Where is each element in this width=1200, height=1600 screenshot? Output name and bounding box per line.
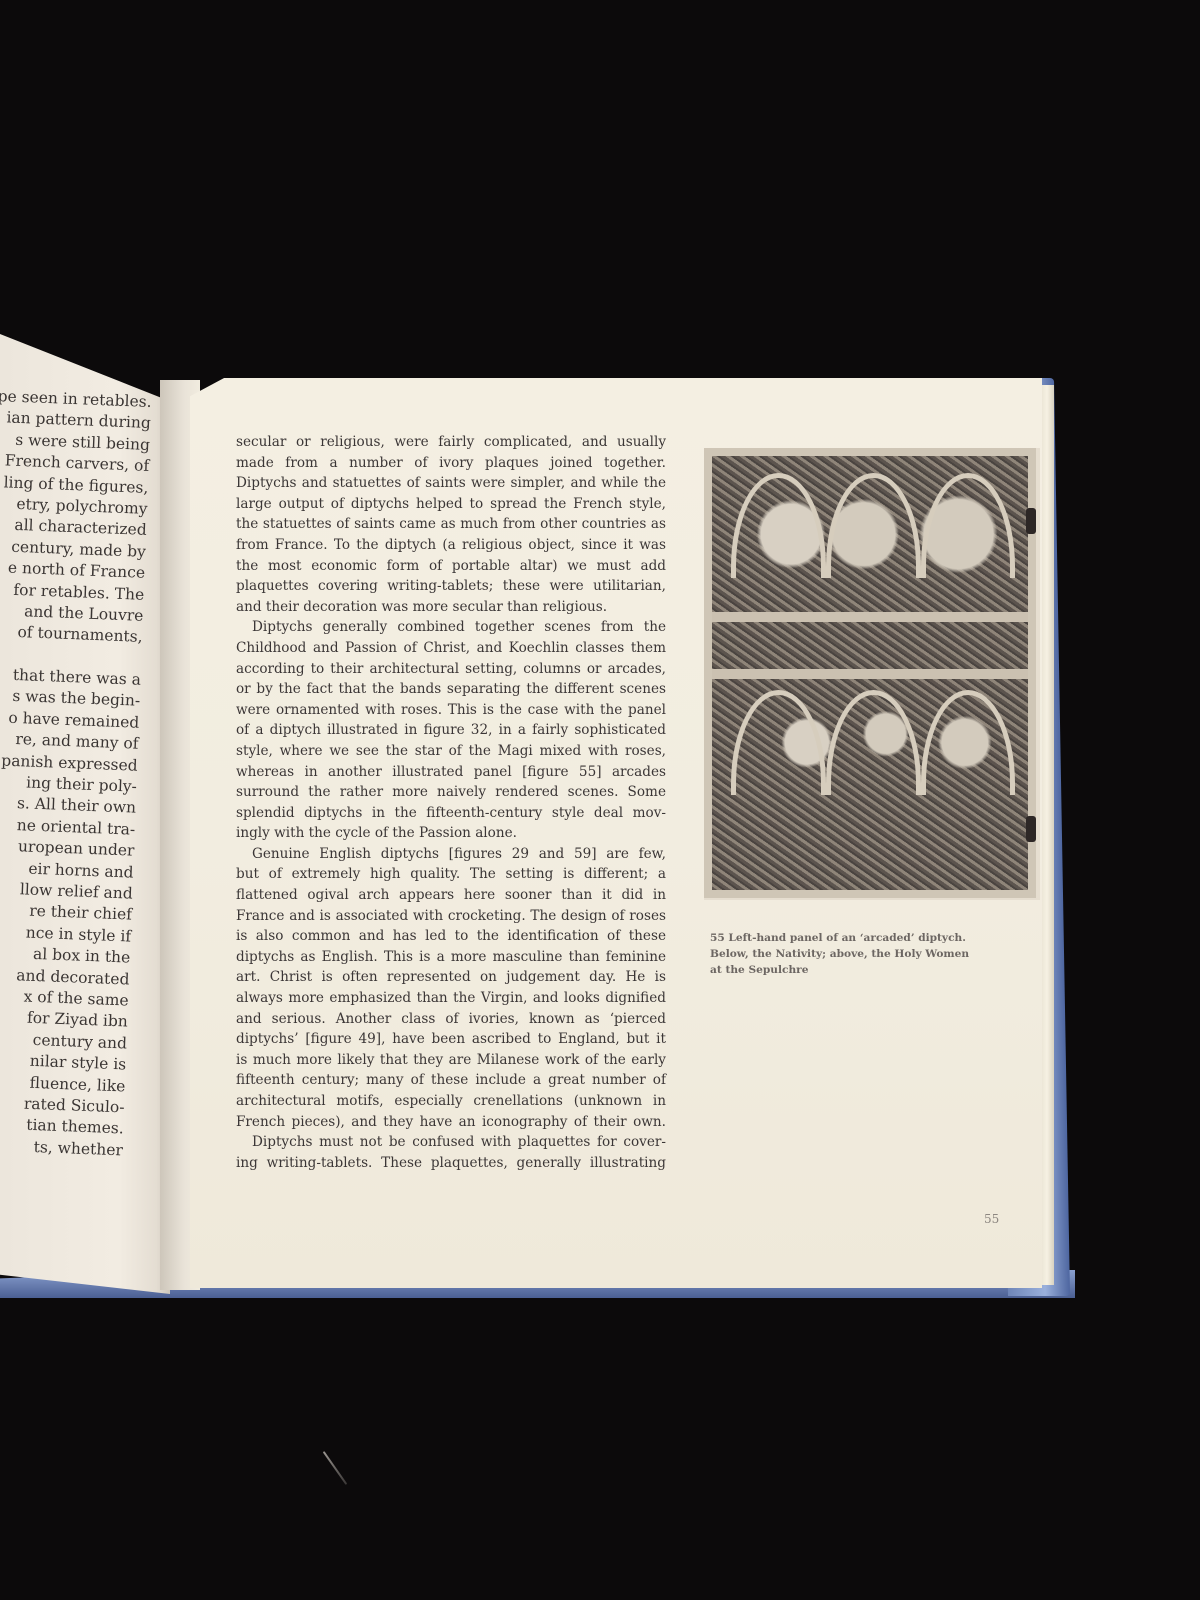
body-text-line: French pieces), and they have an iconogr… [236,1112,666,1133]
body-text-line: Diptychs and statuettes of saints were s… [236,473,666,494]
scene-divider-band [712,612,1028,622]
body-text-line: and their decoration was more secular th… [236,597,666,618]
page-number: 55 [984,1212,999,1226]
arch-ornament [921,473,1016,577]
body-text-line: fifteenth century; many of these include… [236,1070,666,1091]
arch-ornament [826,690,921,794]
ivory-diptych-image [704,448,1036,898]
body-text-line: ing writing-tablets. These plaquettes, g… [236,1153,666,1174]
body-text-line: is also common and has led to the identi… [236,926,666,947]
body-text-column: secular or religious, were fairly compli… [236,432,666,1173]
arch-ornament [731,473,826,577]
body-text-line: surround the rather more naively rendere… [236,782,666,803]
body-text-line: diptychs’ [figure 49], have been ascribe… [236,1029,666,1050]
figure-55 [704,448,1040,900]
thread-mark [323,1451,348,1485]
body-text-line: the most economic form of portable altar… [236,556,666,577]
body-text-line: France and is associated with crocketing… [236,906,666,927]
body-text-line: whereas in another illustrated panel [fi… [236,762,666,783]
body-text-line: were ornamented with roses. This is the … [236,700,666,721]
hinge-icon [1026,816,1036,842]
hinge-icon [1026,508,1036,534]
body-text-line: or by the fact that the bands separating… [236,679,666,700]
page-stack-edge [1040,385,1054,1285]
figure-caption: 55 Left-hand panel of an ‘arcaded’ dipty… [710,930,1010,978]
body-text-line: flattened ogival arch appears here soone… [236,885,666,906]
caption-line: Below, the Nativity; above, the Holy Wom… [710,946,1010,962]
body-text-line: ingly with the cycle of the Passion alon… [236,823,666,844]
body-text-line: art. Christ is often represented on judg… [236,967,666,988]
body-text-line: according to their architectural setting… [236,659,666,680]
body-text-line: made from a number of ivory plaques join… [236,453,666,474]
arch-ornament [826,473,921,577]
body-text-line: is much more likely that they are Milane… [236,1050,666,1071]
body-text-line: plaquettes covering writing-tablets; the… [236,576,666,597]
body-text-line: secular or religious, were fairly compli… [236,432,666,453]
caption-line: at the Sepulchre [710,962,1010,978]
body-text-line: but of extremely high quality. The setti… [236,864,666,885]
scene-divider-band [712,669,1028,679]
body-text-line: style, where we see the star of the Magi… [236,741,666,762]
body-text-line: from France. To the diptych (a religious… [236,535,666,556]
body-text-line: architectural motifs, especially crenell… [236,1091,666,1112]
body-text-line: of a diptych illustrated in figure 32, i… [236,720,666,741]
body-text-line: Childhood and Passion of Christ, and Koe… [236,638,666,659]
body-text-line: Genuine English diptychs [figures 29 and… [236,844,666,865]
body-text-line: the statuettes of saints came as much fr… [236,514,666,535]
body-text-line: large output of diptychs helped to sprea… [236,494,666,515]
arch-ornament [731,690,826,794]
body-text-line: always more emphasized than the Virgin, … [236,988,666,1009]
arch-ornament [921,690,1016,794]
body-text-line: diptychs as English. This is a more masc… [236,947,666,968]
body-text-line: Diptychs generally combined together sce… [236,617,666,638]
caption-line: 55 Left-hand panel of an ‘arcaded’ dipty… [710,930,1010,946]
body-text-line: and serious. Another class of ivories, k… [236,1009,666,1030]
body-text-line: Diptychs must not be confused with plaqu… [236,1132,666,1153]
body-text-line: splendid diptychs in the fifteenth-centu… [236,803,666,824]
